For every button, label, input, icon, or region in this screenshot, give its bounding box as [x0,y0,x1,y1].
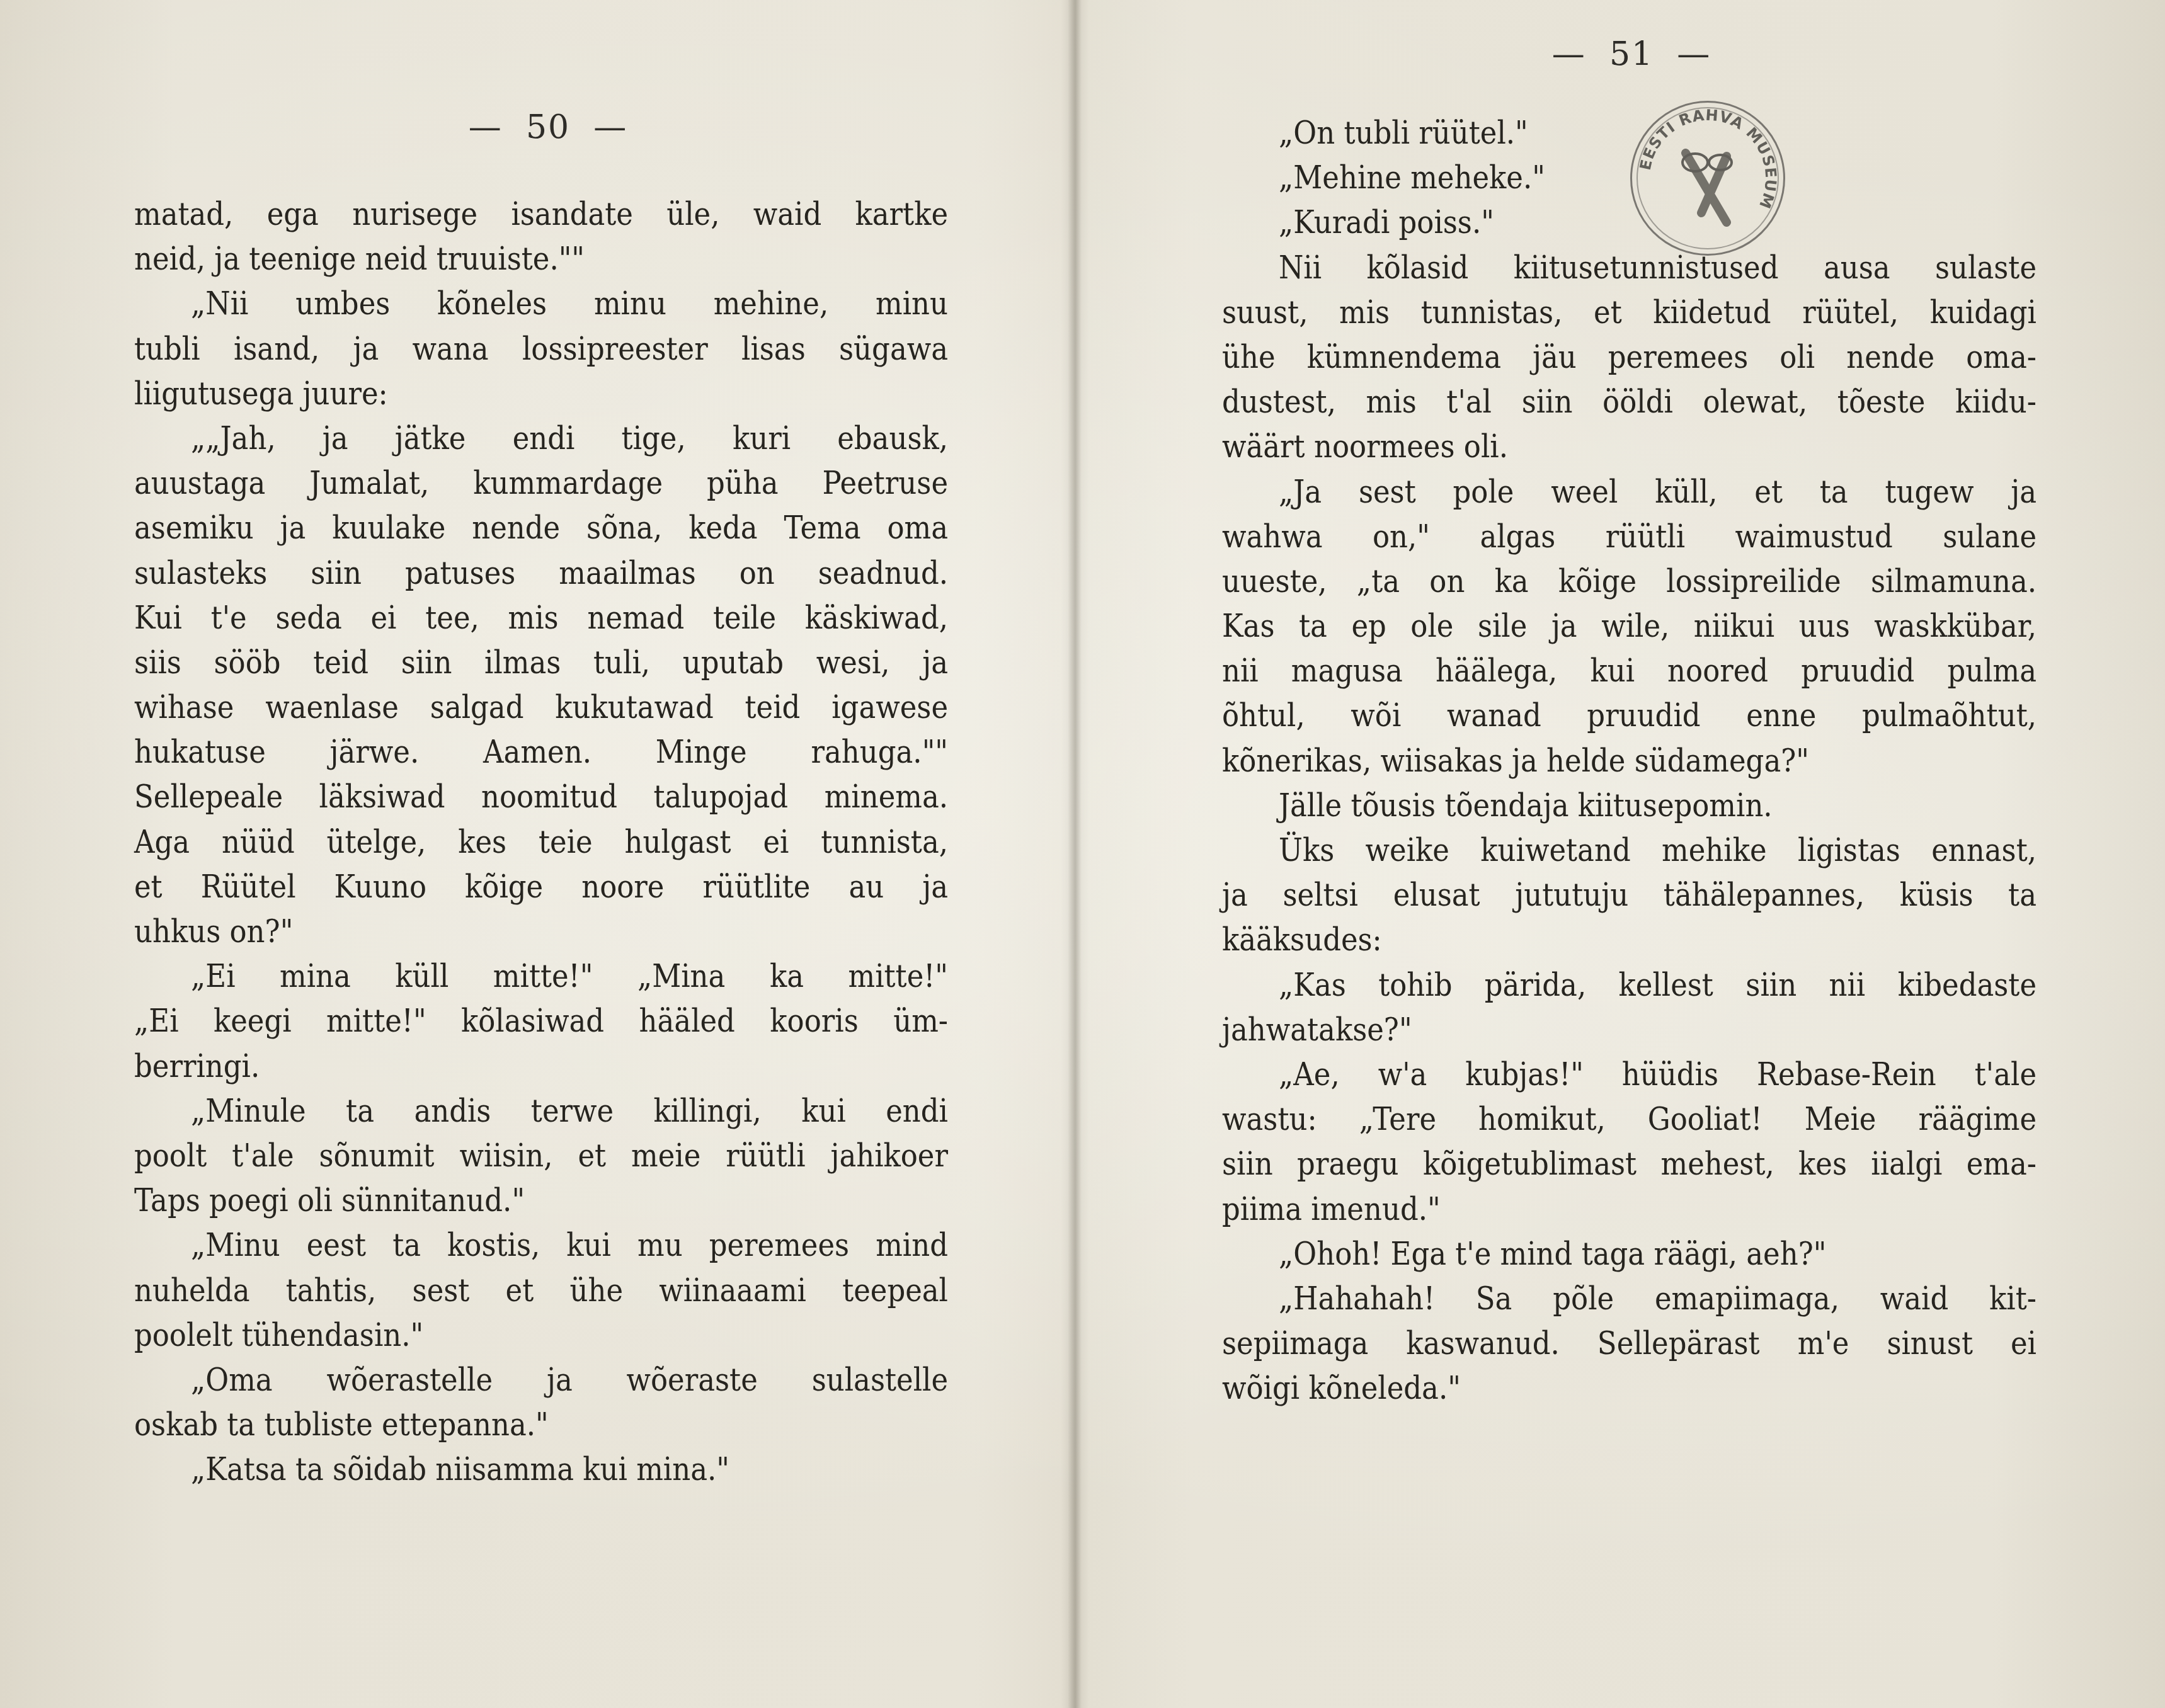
page-text: „On tubli rüütel."„Mehine meheke."„Kurad… [1222,111,2036,1411]
text-line: hukatuse järwe. Aamen. Minge rahuga."" [134,730,948,775]
text-line: sepiimaga kaswanud. Sellepärast m'e sinu… [1222,1321,2036,1366]
text-line: kõnerikas, wiisakas ja helde südamega?" [1222,739,2036,783]
text-line: sulasteks siin patuses maailmas on seadn… [134,551,948,596]
text-line: jahwatakse?" [1222,1008,2036,1052]
text-line: „Ei keegi mitte!" kõlasiwad hääled koori… [134,999,948,1044]
text-line: liigutusega juure: [134,372,948,416]
text-line: dustest, mis t'al siin ööldi olewat, tõe… [1222,380,2036,424]
text-line: matad, ega nurisege isandate üle, waid k… [134,192,948,237]
text-line: „Kas tohib pärida, kellest siin nii kibe… [1222,963,2036,1008]
text-line: neid, ja teenige neid truuiste."" [134,237,948,282]
text-line: „Katsa ta sõidab niisamma kui mina." [134,1447,948,1492]
text-line: wõigi kõneleda." [1222,1366,2036,1411]
text-line: „Kuradi poiss." [1222,200,2036,245]
text-line: „Mehine meheke." [1222,156,2036,200]
text-line: „Oma wõerastelle ja wõeraste sulastelle [134,1358,948,1403]
text-line: berringi. [134,1044,948,1089]
text-line: poolt t'ale sõnumit wiisin, et meie rüüt… [134,1134,948,1178]
right-page: — 51 — EESTI RAHVA MUSEUM „On tubli rüüt… [1080,0,2165,1708]
text-line: uueste, „ta on ka kõige lossipreilide si… [1222,559,2036,604]
text-line: ja seltsi elusat jututuju tähälepannes, … [1222,873,2036,918]
text-line: Taps poegi oli sünnitanud." [134,1178,948,1223]
text-line: kääksudes: [1222,918,2036,962]
text-line: auustaga Jumalat, kummardage püha Peetru… [134,461,948,506]
text-line: nuhelda tahtis, sest et ühe wiinaaami te… [134,1268,948,1313]
text-line: siin praegu kõigetublimast mehest, kes i… [1222,1142,2036,1187]
text-line: nii magusa häälega, kui noored pruudid p… [1222,649,2036,693]
text-line: „Minu eest ta kostis, kui mu peremees mi… [134,1223,948,1268]
left-page: — 50 — matad, ega nurisege isandate üle,… [0,0,1071,1708]
text-line: „Minule ta andis terwe killingi, kui end… [134,1089,948,1134]
text-line: uhkus on?" [134,909,948,954]
text-line: Sellepeale läksiwad noomitud talupojad m… [134,775,948,819]
text-line: Jälle tõusis tõendaja kiitusepomin. [1222,783,2036,828]
text-line: wastu: „Tere homikut, Gooliat! Meie rääg… [1222,1097,2036,1142]
text-line: oskab ta tubliste ettepanna." [134,1403,948,1447]
text-line: poolelt tühendasin." [134,1313,948,1358]
text-line: „On tubli rüütel." [1222,111,2036,156]
text-line: ühe kümnendema jäu peremees oli nende om… [1222,335,2036,380]
book-spread: — 50 — matad, ega nurisege isandate üle,… [0,0,2165,1708]
text-line: „Ae, w'a kubjas!" hüüdis Rebase-Rein t'a… [1222,1052,2036,1097]
text-line: suust, mis tunnistas, et kiidetud rüütel… [1222,290,2036,335]
text-line: Aga nüüd ütelge, kes teie hulgast ei tun… [134,820,948,865]
text-line: Nii kõlasid kiitusetunnistused ausa sula… [1222,246,2036,290]
text-line: wihase waenlase salgad kukutawad teid ig… [134,685,948,730]
text-line: piima imenud." [1222,1187,2036,1232]
text-line: õhtul, wõi wanad pruudid enne pulmaõhtut… [1222,693,2036,738]
text-line: Üks weike kuiwetand mehike ligistas enna… [1222,828,2036,873]
page-number: — 51 — [1552,35,1711,73]
text-line: „Hahahah! Sa põle emapiimaga, waid kit- [1222,1277,2036,1321]
text-line: siis sööb teid siin ilmas tuli, uputab w… [134,640,948,685]
text-line: „Ja sest pole weel küll, et ta tugew ja [1222,470,2036,515]
text-line: „Ei mina küll mitte!" „Mina ka mitte!" [134,954,948,999]
text-line: Kas ta ep ole sile ja wile, niikui uus w… [1222,604,2036,649]
page-number: — 50 — [469,108,627,146]
page-text: matad, ega nurisege isandate üle, waid k… [134,192,948,1492]
text-line: tubli isand, ja wana lossipreester lisas… [134,327,948,372]
text-line: „Ohoh! Ega t'e mind taga räägi, aeh?" [1222,1232,2036,1277]
text-line: „Nii umbes kõneles minu mehine, minu [134,282,948,326]
text-line: „„Jah, ja jätke endi tige, kuri ebausk, [134,416,948,461]
text-line: asemiku ja kuulake nende sõna, keda Tema… [134,506,948,550]
text-line: et Rüütel Kuuno kõige noore rüütlite au … [134,865,948,909]
text-line: wahwa on," algas rüütli waimustud sulane [1222,515,2036,559]
text-line: Kui t'e seda ei tee, mis nemad teile käs… [134,596,948,640]
text-line: wäärt noormees oli. [1222,424,2036,469]
